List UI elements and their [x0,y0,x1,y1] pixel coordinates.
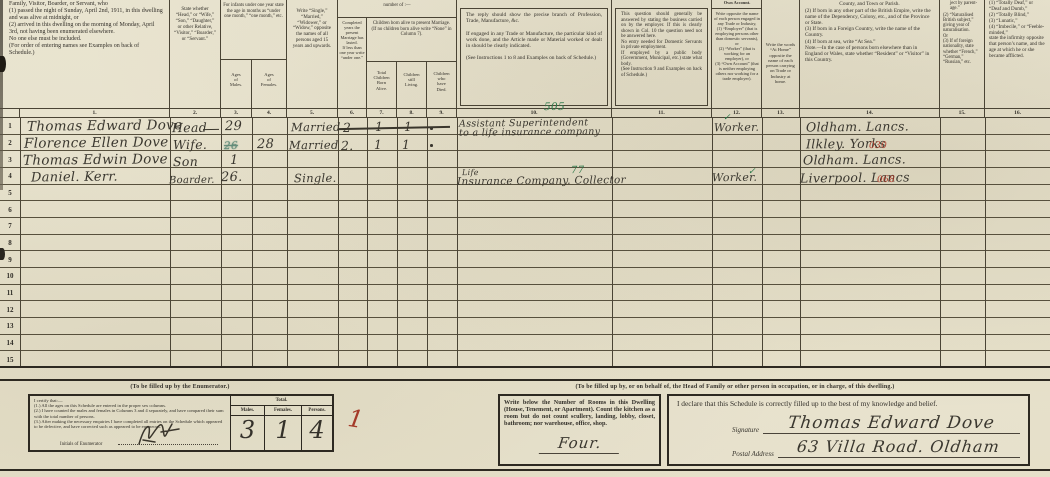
grid-vline [287,118,288,366]
row-number: 3 [1,156,19,164]
colnum-13: 13. [762,109,800,117]
header-col12-fragment: Own Account. [712,0,762,9]
colnum-6: 6. [338,109,367,117]
row-number: 2 [1,139,19,147]
header-col15-nationality: ject by parent­age.” (2) “Naturalised Br… [940,0,985,108]
colnum-4: 4. [252,109,287,117]
row-number: 4 [1,172,19,180]
table-row [0,201,1050,218]
page-edge-mark [0,56,6,72]
header-col10-occupation: The reply should show the precise branch… [457,0,612,108]
header-col13-at-home: Write the words “At Home” opposite the n… [762,0,800,108]
rooms-count-value: Four. [538,434,620,454]
table-row [0,218,1050,235]
row4-occupation: Insurance Company. Collector [457,174,626,189]
table-row [0,268,1050,285]
header-col16-infirmity: (1) “Totally Deaf,” or “Deaf and Dumb,” … [985,0,1050,108]
row-number: 1 [1,122,19,130]
table-header: Family, Visitor, Boarder, or Servant, wh… [0,0,1050,108]
header-col9-children-died: Children who have Died. [427,62,457,108]
footer-bottom-rule [0,469,1050,471]
rooms-box: Write below the Number of Rooms in this … [498,394,661,466]
row-number: 13 [1,322,19,330]
colnum-10: 10. [457,109,612,117]
margin-mark: 1 [347,412,364,427]
row-number: 7 [1,222,19,230]
row3-birthplace: Oldham. Lancs. [803,152,906,166]
grid-vline [427,118,428,366]
row1-age-males: 29 [225,120,242,133]
head-section-title: (To be filled up by, or on behalf of, th… [452,384,1018,390]
header-col7-children-born: Total Children Born Alive. [367,62,397,108]
row-number: 10 [1,272,19,280]
table-row [0,301,1050,318]
row3-age-males: 1 [230,154,239,167]
header-marriage-strip: number of :— [338,0,457,18]
table-row [0,318,1050,335]
header-col1-names: Family, Visitor, Boarder, or Servant, wh… [0,0,170,108]
males-total-value: 3 [231,416,264,450]
census-schedule-sheet: Family, Visitor, Boarder, or Servant, wh… [0,0,1050,477]
initials-label: Initials of Enumerator [60,442,102,447]
header-col11-industry: This question should generally be answer… [612,0,712,108]
colnum-3: 3. [221,109,252,117]
grid-vline [762,118,763,366]
header-col14-fragment: County, and Town or Parish. [800,0,939,7]
row2-age-females: 28 [257,138,274,151]
page-edge-mark [0,248,5,260]
declaration-box: I declare that this Schedule is correctl… [667,394,1030,466]
row-number: 14 [1,339,19,347]
occupation-code-505: 505 [544,101,565,114]
males-label: Males. [231,406,264,415]
header-col2-relationship: State whether “Head,” or “Wife,” “Son,” … [170,0,221,108]
grid-vline [252,118,253,366]
header-col10-text: The reply should show the precise branch… [460,8,608,106]
header-col4-ages-females: Ages of Females. [252,60,287,108]
signature-value: Thomas Edward Dove [787,413,996,433]
row4-age-males: 26. [221,171,243,184]
grid-vline [940,118,941,366]
postal-address-value: 63 Villa Road. Oldham [796,437,1001,456]
row2-marital: Married [289,139,339,153]
footer-top-rule [0,379,1050,381]
colnum-7: 7. [367,109,397,117]
enumerator-section-title: (To be filled up by the Enumerator.) [30,384,330,390]
row-number: 12 [1,306,19,314]
colnum-12: 12. [712,109,762,117]
row2-children-died-dot [430,144,433,147]
header-col12-text: Write opposite the name of each person e… [712,10,762,108]
row4-name: Daniel. Kerr. [31,171,118,185]
enumerator-box: I certify that:— (1.) All the ages on th… [28,394,334,452]
totals-grid: Total. Males. Females. Persons. 3 1 4 [231,396,332,450]
row-number: 5 [1,189,19,197]
grid-vline [612,118,613,366]
grid-vline [367,118,368,366]
table-row [0,251,1050,268]
header-col14-birthplace: County, and Town or Parish. (2) If born … [800,0,940,108]
row2-relationship: Wife. [173,138,207,151]
grid-vline [20,118,21,366]
row1-name: Thomas Edward Dove [27,119,182,134]
colnum-1: 1. [20,109,170,117]
grid-vline [985,118,986,366]
grid-vline [221,118,222,366]
total-label: Total. [231,396,332,406]
row-number: 6 [1,206,19,214]
colnum-11: 11. [612,109,712,117]
rooms-instruction: Write below the Number of Rooms in this … [504,399,655,427]
row1-birthplace: Oldham. Lancs. [806,119,909,133]
colnum-14: 14. [800,109,940,117]
page-edge-shadow [0,0,3,190]
row-number: 8 [1,239,19,247]
row4-marital: Single. [294,172,337,185]
table-row [0,235,1050,252]
row3-relationship: Son [173,155,198,168]
header-col15-fragment: ject by parent­age.” [940,0,984,12]
row4-birth-code: 068 [877,174,895,187]
certify-intro: I certify that:— [30,396,230,403]
header-col15-text: (2) “Naturalised British subject,” givin… [940,12,984,66]
grid-vline [170,118,171,366]
row-number: 15 [1,356,19,364]
row4-check-mark: ✓ [748,166,756,179]
postal-address-label: Postal Address [732,450,774,458]
grid-vline [338,118,339,366]
certify-items: (1.) All the ages on this Schedule are e… [30,403,230,431]
row4-collector-code: 77 [571,164,584,177]
header-col12-employment-status: Own Account. Write opposite the name of … [712,0,762,108]
enumerator-certify-cell: I certify that:— (1.) All the ages on th… [30,396,231,450]
grid-vline [800,118,801,366]
row2-children-living: 1 [402,138,410,151]
colnum-5: 5. [287,109,338,117]
colnum-16: 16. [985,109,1050,117]
colnum-8: 8. [397,109,427,117]
header-col8-children-living: Children still Living. [397,62,427,108]
header-ages-group: For infants under one year state the age… [221,0,287,60]
header-col3-ages-males: Ages of Males. [221,60,252,108]
persons-total-value: 4 [301,416,332,450]
table-row [0,351,1050,368]
row1-relationship: Head [172,121,207,134]
row2-name: Florence Ellen Dove [24,136,169,151]
females-label: Females. [264,406,301,415]
colnum-15: 15. [940,109,985,117]
row1-employment-status: Worker. [714,121,759,134]
colnum-margin [0,109,20,117]
row2-children-born: 1 [374,138,382,151]
header-children-group: Children born alive to present Marriage.… [367,18,457,62]
header-col11-text: This question should generally be answer… [615,8,708,106]
row1-occupation-line2: to a life insurance company [459,125,600,139]
row2-age-males-struck: 26 [224,140,238,153]
row1-marital: Married [291,121,341,135]
enumerator-initials-scrawl [135,420,181,448]
grid-vline [457,118,458,366]
table-row [0,335,1050,352]
grid-vline [712,118,713,366]
colnum-2: 2. [170,109,221,117]
header-col6-years-married: Com­pleted years the present Marriage ha… [338,18,367,108]
row1-check-mark: ✓ [723,112,731,125]
signature-label: Signature [732,426,759,434]
row-number: 11 [1,289,19,297]
declaration-text: I declare that this Schedule is correctl… [677,400,1020,408]
grid-vline [397,118,398,366]
row3-name: Thomas Edwin Dove [23,153,168,168]
colnum-9: 9. [427,109,457,117]
table-row [0,285,1050,302]
row2-years-married: 2. [341,139,354,152]
header-col14-text: (2) If born in any other part of the Bri… [800,7,939,64]
row4-relationship: Boarder. [169,174,215,187]
females-total-value: 1 [264,416,301,450]
persons-label: Persons. [301,406,332,415]
header-col5-marital: Write “Single,” “Married,” “Widower,” or… [287,0,338,108]
